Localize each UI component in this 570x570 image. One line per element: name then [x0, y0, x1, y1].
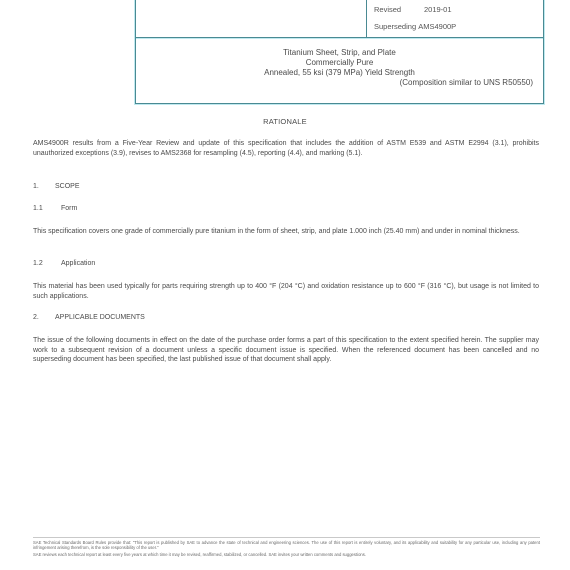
section-number: 2. [33, 314, 55, 321]
title-line-2: Commercially Pure [136, 58, 543, 68]
revised-label: Revised [374, 5, 424, 14]
section-title: SCOPE [55, 183, 80, 190]
section-title: APPLICABLE DOCUMENTS [55, 314, 145, 321]
section-number: 1.1 [33, 205, 61, 212]
footer-disclaimer: SAE Technical Standards Board Rules prov… [33, 540, 540, 559]
header-designation-cell [136, 0, 367, 37]
section-number: 1. [33, 183, 55, 190]
title-line-3: Annealed, 55 ksi (379 MPa) Yield Strengt… [136, 68, 543, 78]
header-box: Revised 2019-01 Superseding AMS4900P Tit… [135, 0, 544, 104]
document-page: Revised 2019-01 Superseding AMS4900P Tit… [0, 0, 570, 570]
superseding-value: AMS4900P [418, 22, 456, 31]
section-applicable-documents-text: The issue of the following documents in … [33, 336, 539, 365]
section-form-text: This specification covers one grade of c… [33, 227, 539, 237]
section-application-text: This material has been used typically fo… [33, 282, 539, 301]
footer-paragraph-1: SAE Technical Standards Board Rules prov… [33, 540, 540, 550]
section-number: 1.2 [33, 260, 61, 267]
rationale-heading: RATIONALE [0, 117, 570, 126]
revised-value: 2019-01 [424, 5, 452, 14]
section-form-heading: 1.1 Form [33, 205, 77, 212]
cut-off-logo-area [36, 0, 116, 4]
document-title-block: Titanium Sheet, Strip, and Plate Commerc… [136, 39, 543, 101]
section-application-heading: 1.2 Application [33, 260, 95, 267]
superseding-row: Superseding AMS4900P [374, 18, 456, 35]
footer-paragraph-2: SAE reviews each technical report at lea… [33, 552, 540, 557]
superseding-label: Superseding [374, 22, 416, 31]
composition-note: (Composition similar to UNS R50550) [136, 78, 543, 88]
rationale-text: AMS4900R results from a Five-Year Review… [33, 139, 539, 158]
header-top-section: Revised 2019-01 Superseding AMS4900P [136, 0, 543, 38]
section-scope-heading: 1. SCOPE [33, 183, 80, 190]
footer-divider [33, 537, 540, 538]
section-title: Application [61, 260, 95, 267]
revised-row: Revised 2019-01 [374, 1, 456, 18]
title-line-1: Titanium Sheet, Strip, and Plate [136, 48, 543, 58]
section-applicable-documents-heading: 2. APPLICABLE DOCUMENTS [33, 314, 145, 321]
header-meta: Revised 2019-01 Superseding AMS4900P [374, 1, 456, 35]
section-title: Form [61, 205, 77, 212]
